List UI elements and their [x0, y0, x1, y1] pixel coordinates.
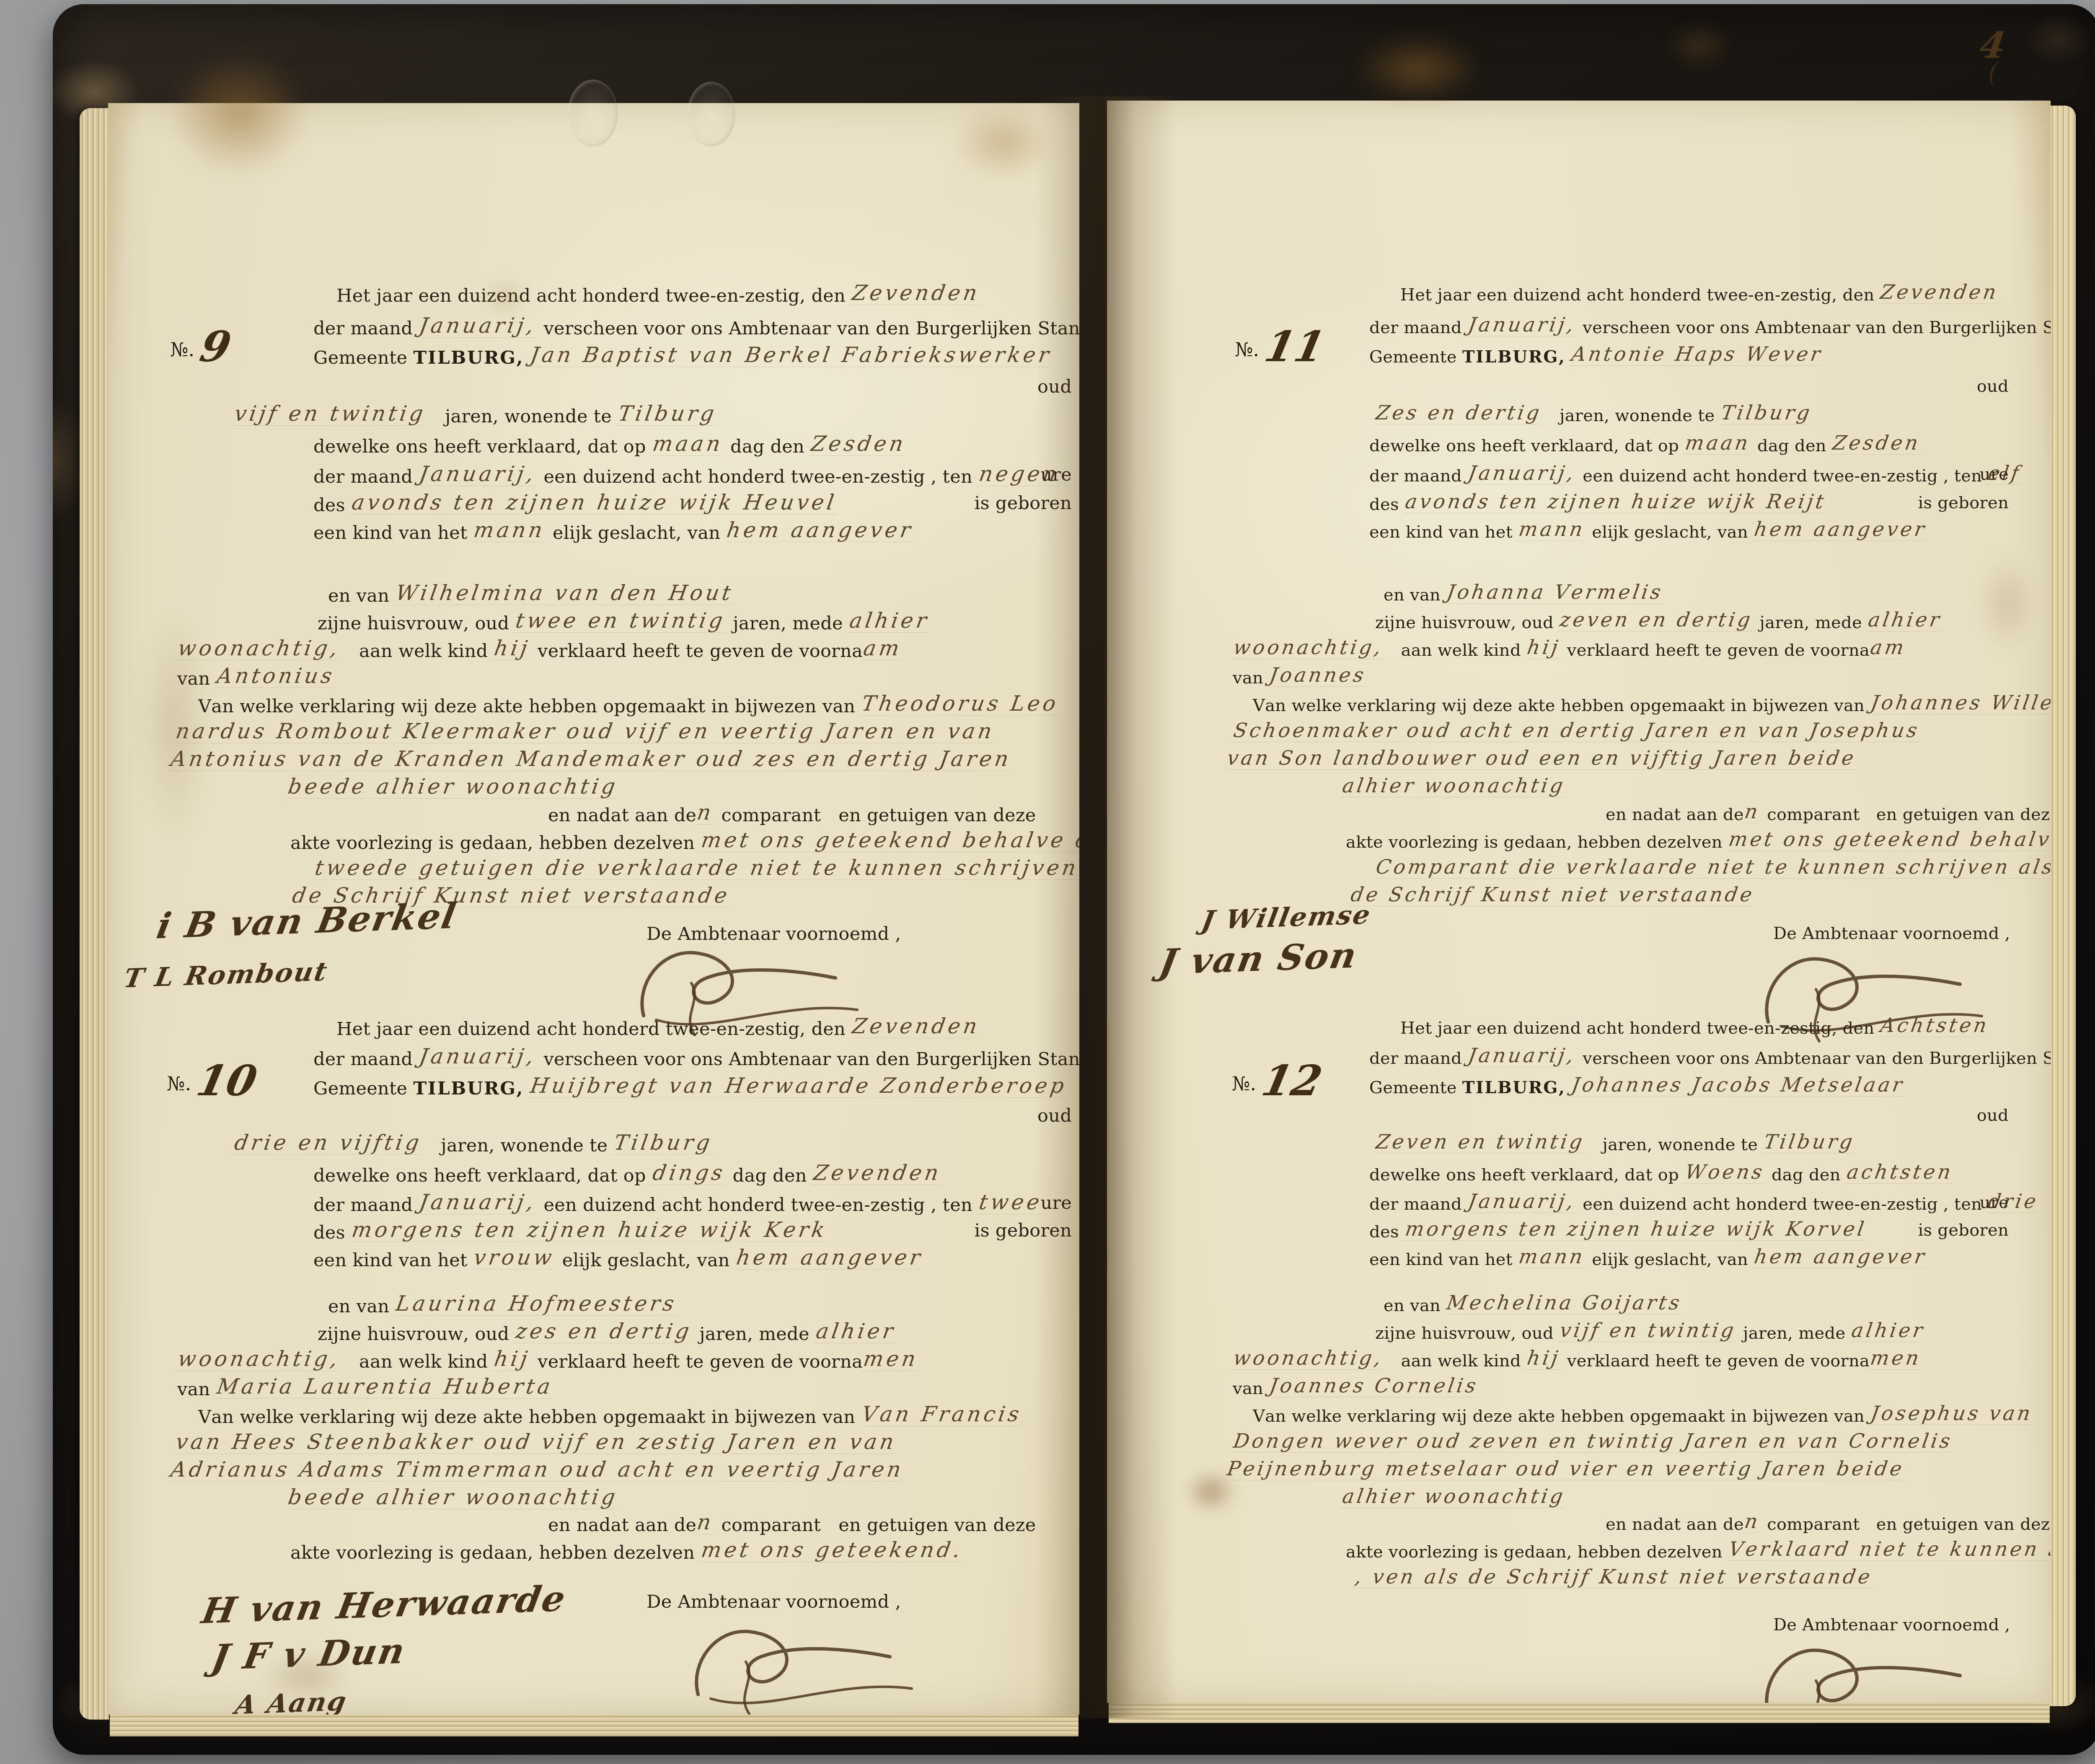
handwritten-text: hij — [492, 638, 533, 660]
printed-text: is geboren — [974, 1220, 1072, 1241]
form-line: akte voorlezing is gedaan, hebben dezelv… — [1346, 1541, 2051, 1562]
form-line: is geboren — [1918, 1221, 2009, 1239]
printed-text: der maand — [1369, 1049, 1467, 1068]
printed-text: dewelke ons heeft verklaard, dat op — [313, 1165, 652, 1186]
printed-text: jaren, wonende te — [423, 1135, 613, 1156]
form-line: Antonius van de Kranden Mandemaker oud z… — [170, 750, 1013, 773]
form-line: een kind van het mann elijk geslacht, va… — [1369, 1249, 1928, 1270]
handwritten-text: am — [1868, 638, 1909, 659]
handwritten-text: Januarij, — [417, 463, 540, 486]
form-line: T L Rombout — [125, 960, 327, 990]
handwritten-text: Zevenden — [850, 282, 983, 305]
printed-text: verscheen voor ons Ambtenaar van den Bur… — [1577, 1049, 2051, 1068]
handwritten-text: Laurina Hofmeesters — [393, 1293, 680, 1316]
handwritten-text: woonachtig, — [1231, 1348, 1386, 1370]
printed-text: des — [313, 495, 351, 516]
printed-text: De Ambtenaar voornoemd , — [1773, 924, 2010, 943]
form-line: oud — [1037, 377, 1072, 397]
handwritten-text: Johanna Vermelis — [1444, 582, 1666, 604]
printed-text: akte voorlezing is gedaan, hebben dezelv… — [290, 1542, 701, 1563]
handwritten-text: Januarij, — [417, 1192, 540, 1214]
form-line — [1756, 1635, 1991, 1703]
printed-text: dewelke ons heeft verklaard, dat op — [1369, 436, 1684, 455]
form-line: №.10 — [167, 1056, 256, 1105]
form-line: en nadat aan den comparant en getuigen v… — [1606, 804, 2051, 825]
printed-text: der maand — [313, 466, 419, 487]
printed-text: en nadat aan de — [1606, 805, 1744, 824]
form-line: der maand Januarij, verscheen voor ons A… — [313, 1048, 1079, 1070]
printed-text: zijne huisvrouw, oud — [1375, 1324, 1559, 1343]
form-line: van Joannes — [1233, 667, 1368, 688]
form-line: oud — [1977, 377, 2009, 396]
printed-text: een kind van het — [313, 522, 473, 543]
form-line: alhier woonachtig — [1342, 1488, 1567, 1510]
form-line: De Ambtenaar voornoemd , — [1773, 924, 2010, 943]
printed-text: der maand — [313, 1195, 419, 1216]
printed-text: dag den — [727, 1165, 813, 1186]
printed-text: comparant en getuigen van deze — [1761, 805, 2051, 824]
form-line: en nadat aan den comparant en getuigen v… — [1606, 1513, 2051, 1535]
form-line: beede alhier woonachtig — [287, 778, 619, 800]
form-line: Gemeente TILBURG, Antonie Haps Wever — [1369, 346, 1824, 367]
printed-text: en nadat aan de — [548, 805, 696, 826]
handwritten-text: Maria Laurentia Huberta — [214, 1376, 556, 1399]
handwritten-text: Johannes Willemse — [1868, 693, 2051, 714]
printed-text: verklaard heeft te geven de voorna — [532, 641, 863, 662]
record-number: 10 — [193, 1056, 261, 1105]
printed-text: der maand — [313, 1049, 419, 1070]
form-line: der maand Januarij, een duizend acht hon… — [313, 1193, 1044, 1216]
printed-text: aan welk kind — [341, 1351, 494, 1372]
handwritten-text: maan — [650, 433, 726, 456]
printed-text: comparant en getuigen van deze — [716, 805, 1036, 826]
form-line: is geboren — [1918, 494, 2009, 512]
handwritten-text: Januarij, — [1466, 1046, 1579, 1067]
handwritten-text: maan — [1683, 433, 1754, 455]
book-page-left: №.9Het jaar een duizend acht honderd twe… — [108, 103, 1079, 1715]
handwritten-text: Adrianus Adams Timmerman oud acht en vee… — [168, 1459, 907, 1482]
form-line: beede alhier woonachtig — [287, 1488, 619, 1511]
record-number-label: №. — [170, 338, 194, 361]
handwritten-text: men — [1868, 1348, 1924, 1370]
form-line: is geboren — [974, 1221, 1072, 1241]
form-line: des morgens ten zijnen huize wijk Korvel — [1369, 1221, 1868, 1242]
printed-text: een duizend acht honderd twee-en-zestig … — [1577, 1195, 1987, 1214]
handwritten-text: twee — [977, 1192, 1046, 1214]
printed-text: oud — [1977, 377, 2009, 396]
handwritten-text: Josephus van — [1868, 1404, 2036, 1425]
printed-text: een kind van het — [1369, 1250, 1518, 1269]
handwritten-text: met ons geteekend. — [699, 1539, 966, 1562]
handwritten-text: Jan Baptist van Berkel Fabriekswerker — [528, 344, 1055, 367]
form-line: en van Laurina Hofmeesters — [328, 1295, 678, 1317]
printed-text: Gemeente — [313, 347, 413, 368]
handwritten-text: men — [861, 1348, 922, 1371]
form-line: der maand Januarij, verscheen voor ons A… — [1369, 317, 2051, 338]
form-line: zijne huisvrouw, oud zes en dertig jaren… — [318, 1322, 897, 1345]
form-line: van Son landbouwer oud een en vijftig Ja… — [1226, 750, 1857, 771]
handwritten-text: vijf en twintig — [232, 403, 429, 426]
form-line: des morgens ten zijnen huize wijk Kerk — [313, 1221, 829, 1244]
printed-text: en nadat aan de — [1606, 1515, 1744, 1534]
handwritten-text: Dongen wever oud zeven en twintig Jaren … — [1231, 1431, 1956, 1453]
form-line: woonachtig, aan welk kind hij verklaard … — [1233, 639, 1908, 661]
printed-text: en van — [1384, 585, 1446, 605]
handwritten-text: Zesden — [809, 433, 909, 456]
handwritten-text: morgens ten zijnen huize wijk Korvel — [1403, 1219, 1870, 1241]
printed-text: verklaard heeft te geven de voorna — [1562, 641, 1870, 660]
printed-text: zijne huisvrouw, oud — [1375, 613, 1559, 632]
printed-text: oud — [1977, 1106, 2009, 1125]
record-number-label: №. — [1235, 338, 1259, 361]
printed-text: jaren, wonende te — [1586, 1135, 1764, 1154]
printed-text: ure — [1040, 464, 1072, 485]
form-line: Gemeente TILBURG, Jan Baptist van Berkel… — [313, 346, 1053, 369]
handwritten-text: Antonius van de Kranden Mandemaker oud z… — [168, 748, 1015, 771]
handwritten-text: hij — [492, 1348, 533, 1371]
printed-text: dewelke ons heeft verklaard, dat op — [313, 436, 652, 457]
printed-text: TILBURG, — [1462, 1078, 1566, 1097]
printed-text: jaren, wonende te — [1543, 406, 1720, 425]
form-line: en van Wilhelmina van den Hout — [328, 584, 735, 607]
handwritten-text: Antonie Haps Wever — [1569, 344, 1826, 366]
form-line: een kind van het mann elijk geslacht, va… — [1369, 521, 1928, 543]
handwritten-text: woonachtig, — [176, 638, 344, 660]
record-number-label: №. — [167, 1072, 191, 1095]
handwritten-text: zeven en dertig — [1557, 610, 1756, 631]
form-line: en nadat aan den comparant en getuigen v… — [548, 1513, 1036, 1536]
handwritten-text: nardus Rombout Kleermaker oud vijf en ve… — [173, 721, 998, 743]
handwritten-text: hij — [1525, 1348, 1563, 1370]
signature: J F v Dun — [209, 1630, 409, 1678]
printed-text: een kind van het — [313, 1250, 473, 1271]
printed-text: TILBURG, — [413, 347, 524, 368]
form-line: ure — [1040, 465, 1072, 485]
signature: J Willemse — [1199, 899, 1373, 936]
printed-text: jaren, mede — [727, 613, 848, 634]
printed-text: dag den — [724, 436, 810, 457]
handwritten-text: beede alhier woonachtig — [286, 1487, 621, 1509]
form-line: akte voorlezing is gedaan, hebben dezelv… — [1346, 831, 2051, 853]
printed-text: Van welke verklaring wij deze akte hebbe… — [1253, 696, 1870, 715]
form-line — [686, 1617, 921, 1715]
handwritten-text: Woens — [1683, 1162, 1768, 1184]
printed-text: van — [1233, 668, 1269, 688]
form-line: oud — [1037, 1106, 1072, 1126]
handwritten-text: Zes en dertig — [1373, 403, 1545, 424]
handwritten-text: dings — [650, 1162, 728, 1185]
handwritten-text: mann — [1516, 1247, 1588, 1268]
handwritten-text: Zesden — [1830, 433, 1924, 455]
printed-text: is geboren — [1918, 493, 2009, 512]
handwritten-text: hem aangever — [734, 1247, 926, 1270]
printed-text: der maand — [1369, 1195, 1467, 1214]
printed-text: Van welke verklaring wij deze akte hebbe… — [1253, 1407, 1870, 1426]
printed-text: verscheen voor ons Ambtenaar van den Bur… — [1577, 318, 2051, 337]
printed-text: ure — [1980, 465, 2009, 484]
handwritten-text: Januarij, — [1466, 463, 1579, 485]
handwritten-text: Comparant die verklaarde niet te kunnen … — [1373, 857, 2051, 879]
handwritten-text: Peijnenburg metselaar oud vier en veerti… — [1225, 1459, 1907, 1480]
printed-text: verklaard heeft te geven de voorna — [1562, 1351, 1870, 1371]
handwritten-text: Joannes Cornelis — [1267, 1376, 1482, 1397]
handwritten-text: Mechelina Goijarts — [1444, 1293, 1685, 1314]
handwritten-text: twee en twintig — [513, 610, 729, 633]
handwritten-text: zes en dertig — [513, 1321, 695, 1343]
handwritten-text: Achtsten — [1878, 1016, 1992, 1037]
handwritten-text: Januarij, — [417, 315, 540, 338]
printed-text: des — [1369, 1222, 1404, 1242]
record-number: 12 — [1258, 1056, 1327, 1105]
printed-text: De Ambtenaar voornoemd , — [1773, 1615, 2010, 1635]
form-line: №.9 — [170, 322, 230, 371]
handwritten-text: Tilburg — [1719, 403, 1815, 424]
handwritten-text: n — [1742, 1512, 1763, 1533]
printed-text: der maand — [1369, 318, 1467, 337]
form-line: Gemeente TILBURG, Johannes Jacobs Metsel… — [1369, 1077, 1906, 1098]
handwritten-text: vrouw — [471, 1247, 558, 1270]
form-line: des avonds ten zijnen huize wijk Reijt — [1369, 494, 1828, 515]
printed-text: elijk geslacht, van — [1586, 1250, 1754, 1269]
official-signature-flourish — [1756, 1635, 1991, 1703]
form-line: Van welke verklaring wij deze akte hebbe… — [198, 1405, 1023, 1428]
record-number: 11 — [1261, 322, 1329, 371]
form-line: dewelke ons heeft verklaard, dat op maan… — [1369, 435, 1922, 456]
printed-text: dag den — [1766, 1165, 1846, 1185]
printed-text: oud — [1037, 1105, 1072, 1126]
form-line: dewelke ons heeft verklaard, dat op maan… — [313, 435, 908, 458]
printed-text: Gemeente — [1369, 1078, 1462, 1097]
printed-text: Het jaar een duizend acht honderd twee-e… — [336, 1019, 851, 1040]
handwritten-text: alhier — [1849, 1321, 1928, 1342]
form-line: der maand Januarij, verscheen voor ons A… — [1369, 1048, 2051, 1069]
form-line: ure — [1980, 1193, 2009, 1212]
printed-text: aan welk kind — [1385, 1351, 1526, 1371]
printed-text: een duizend acht honderd twee-en-zestig … — [538, 1195, 978, 1216]
printed-text: en nadat aan de — [548, 1515, 696, 1536]
handwritten-text: alhier — [813, 1321, 899, 1343]
form-line: oud — [1977, 1106, 2009, 1125]
handwritten-text: met ons geteekend behalve den — [1726, 830, 2051, 851]
handwritten-text: de Schrijf Kunst niet verstaande — [1348, 885, 1758, 906]
handwritten-text: Theodorus Leo — [859, 693, 1062, 716]
form-line: van Antonius — [177, 667, 336, 690]
form-line: nardus Rombout Kleermaker oud vijf en ve… — [175, 722, 996, 745]
handwritten-text: beede alhier woonachtig — [286, 776, 621, 799]
form-line: , ven als de Schrijf Kunst niet verstaan… — [1354, 1569, 1874, 1590]
form-line: De Ambtenaar voornoemd , — [1773, 1616, 2010, 1634]
form-line: Van welke verklaring wij deze akte hebbe… — [198, 695, 1060, 717]
document-photo: №.9Het jaar een duizend acht honderd twe… — [0, 0, 2095, 1764]
form-line: is geboren — [974, 494, 1072, 513]
form-line: Zeven en twintig jaren, wonende te Tilbu… — [1375, 1134, 1856, 1155]
printed-text: elijk geslacht, van — [1586, 522, 1754, 542]
form-line: De Ambtenaar voornoemd , — [647, 1592, 901, 1612]
printed-text: Het jaar een duizend acht honderd twee-e… — [336, 285, 851, 306]
form-line: i B van Berkel — [158, 900, 455, 941]
form-line: dewelke ons heeft verklaard, dat op ding… — [313, 1164, 943, 1187]
printed-text: Van welke verklaring wij deze akte hebbe… — [198, 696, 861, 717]
handwritten-text: van Hees Steenbakker oud vijf en zestig … — [173, 1431, 900, 1454]
form-line: Het jaar een duizend acht honderd twee-e… — [336, 284, 981, 307]
printed-text: der maand — [1369, 466, 1467, 486]
signature: i B van Berkel — [154, 895, 460, 947]
form-line: der maand Januarij, verscheen voor ons A… — [313, 317, 1079, 339]
form-line: Zes en dertig jaren, wonende te Tilburg — [1375, 405, 1813, 426]
handwritten-text: Tilburg — [616, 403, 720, 426]
printed-text: De Ambtenaar voornoemd , — [647, 1591, 901, 1612]
printed-text: verscheen voor ons Ambtenaar van den Bur… — [538, 318, 1080, 339]
printed-text: Het jaar een duizend acht honderd twee-e… — [1400, 285, 1880, 305]
form-line: woonachtig, aan welk kind hij verklaard … — [1233, 1350, 1923, 1371]
signature: T L Rombout — [122, 956, 331, 994]
handwritten-text: alhier — [847, 610, 932, 633]
form-line: Van welke verklaring wij deze akte hebbe… — [1253, 695, 2051, 716]
printed-text: Het jaar een duizend acht honderd twee-e… — [1400, 1019, 1880, 1038]
form-line: tweede getuigen die verklaarde niet te k… — [314, 859, 1079, 882]
printed-text: des — [313, 1222, 351, 1243]
handwritten-text: tweede getuigen die verklaarde niet te k… — [313, 857, 1079, 880]
printed-text: TILBURG, — [413, 1078, 524, 1099]
form-line: J F v Dun — [213, 1633, 405, 1675]
record-number-label: №. — [1232, 1072, 1256, 1095]
printed-text: aan welk kind — [341, 641, 494, 662]
form-line: Van welke verklaring wij deze akte hebbe… — [1253, 1405, 2034, 1427]
form-line: ure — [1040, 1193, 1072, 1213]
printed-text: akte voorlezing is gedaan, hebben dezelv… — [1346, 1542, 1728, 1562]
form-line: en van Johanna Vermelis — [1384, 584, 1665, 605]
form-line: Gemeente TILBURG, Huijbregt van Herwaard… — [313, 1077, 1068, 1099]
handwritten-text: mann — [1516, 520, 1588, 541]
handwritten-text: Van Francis — [859, 1404, 1025, 1426]
handwritten-text: vijf en twintig — [1557, 1321, 1739, 1342]
signature: A Aang — [233, 1686, 350, 1715]
form-line: akte voorlezing is gedaan, hebben dezelv… — [290, 831, 1079, 854]
handwritten-text: n — [1742, 802, 1763, 823]
printed-text: jaren, mede — [1754, 613, 1867, 632]
handwritten-text: Huijbregt van Herwaarde Zonderberoep — [528, 1075, 1070, 1098]
handwritten-text: Zevenden — [1878, 282, 2002, 304]
form-line: der maand Januarij, een duizend acht hon… — [1369, 465, 2023, 486]
printed-text: jaren, wonende te — [427, 406, 618, 427]
printed-text: van — [177, 1379, 216, 1400]
handwritten-text: woonachtig, — [176, 1348, 344, 1371]
handwritten-text: van Son landbouwer oud een en vijftig Ja… — [1225, 748, 1859, 770]
handwritten-text: Tilburg — [1761, 1132, 1858, 1154]
printed-text: elijk geslacht, van — [556, 1250, 736, 1271]
form-line: van Joannes Cornelis — [1233, 1378, 1480, 1399]
handwritten-text: hem aangever — [1752, 1247, 1930, 1268]
printed-text: en van — [1384, 1296, 1446, 1315]
form-line: A Aang — [236, 1688, 347, 1715]
official-signature-flourish — [686, 1617, 921, 1715]
form-line: een kind van het vrouw elijk geslacht, v… — [313, 1249, 924, 1271]
form-line: Peijnenburg metselaar oud vier en veerti… — [1226, 1461, 1906, 1482]
form-line: J Willemse — [1203, 902, 1371, 933]
handwritten-text: Joannes — [1267, 665, 1369, 687]
printed-text: TILBURG, — [1462, 347, 1566, 367]
printed-text: Gemeente — [1369, 347, 1462, 367]
handwritten-text: Schoenmaker oud acht en dertig Jaren en … — [1231, 721, 1923, 742]
printed-text: oud — [1037, 376, 1072, 397]
form-line: ure — [1980, 465, 2009, 484]
printed-text: ure — [1040, 1192, 1072, 1213]
form-line: Het jaar een duizend acht honderd twee-e… — [1400, 284, 2000, 305]
handwritten-text: met ons geteekend behalve den — [699, 830, 1079, 852]
form-line: der maand Januarij, een duizend acht hon… — [1369, 1193, 2040, 1215]
printed-text: der maand — [313, 318, 419, 339]
form-line: des avonds ten zijnen huize wijk Heuvel — [313, 494, 838, 516]
handwritten-text: Verklaard niet te kunnen Schrij — [1726, 1539, 2051, 1561]
handwritten-text: mann — [471, 520, 548, 542]
handwritten-text: Antonius — [214, 665, 338, 688]
printed-text: van — [1233, 1379, 1269, 1398]
printed-text: verscheen voor ons Ambtenaar van den Bur… — [538, 1049, 1080, 1070]
form-line: Comparant die verklaarde niet te kunnen … — [1375, 859, 2051, 880]
form-line: vijf en twintig jaren, wonende te Tilbur… — [234, 405, 718, 427]
printed-text: dag den — [1752, 436, 1832, 455]
book-page-right: №.11Het jaar een duizend acht honderd tw… — [1107, 101, 2051, 1703]
form-line: Dongen wever oud zeven en twintig Jaren … — [1233, 1433, 1954, 1454]
form-line: zijne huisvrouw, oud zeven en dertig jar… — [1375, 612, 1943, 633]
form-line: drie en vijftig jaren, wonende te Tilbur… — [234, 1134, 714, 1156]
form-line: en van Mechelina Goijarts — [1384, 1295, 1684, 1316]
form-line: Het jaar een duizend acht honderd twee-e… — [1400, 1017, 1991, 1039]
form-line: woonachtig, aan welk kind hij verklaard … — [177, 1350, 920, 1373]
printed-text: akte voorlezing is gedaan, hebben dezelv… — [290, 833, 701, 854]
printed-text: ure — [1980, 1193, 2009, 1212]
signature: H van Herwaarde — [199, 1578, 569, 1632]
handwritten-text: Januarij, — [1466, 315, 1579, 336]
printed-text: verklaard heeft te geven de voorna — [532, 1351, 863, 1372]
handwritten-text: alhier woonachtig — [1340, 1487, 1568, 1508]
form-line: dewelke ons heeft verklaard, dat op Woen… — [1369, 1164, 1954, 1185]
printed-text: jaren, mede — [693, 1324, 815, 1345]
handwritten-text: hij — [1525, 638, 1563, 659]
printed-text: van — [177, 668, 216, 689]
printed-text: aan welk kind — [1385, 641, 1526, 660]
printed-text: jaren, mede — [1738, 1324, 1851, 1343]
handwritten-text: n — [695, 1512, 717, 1534]
handwritten-text: Tilburg — [612, 1132, 716, 1155]
handwritten-text: Januarij, — [417, 1046, 540, 1068]
handwritten-text: woonachtig, — [1231, 638, 1386, 659]
printed-text: en van — [328, 585, 395, 606]
handwritten-text: Zeven en twintig — [1373, 1132, 1588, 1154]
handwritten-text: Zevenden — [850, 1016, 983, 1038]
printed-text: is geboren — [1918, 1221, 2009, 1240]
handwritten-text: alhier — [1866, 610, 1945, 631]
handwritten-text: n — [695, 802, 717, 825]
form-line: №.12 — [1232, 1056, 1321, 1105]
printed-text: comparant en getuigen van deze — [1761, 1515, 2051, 1534]
handwritten-text: hem aangever — [724, 520, 917, 542]
printed-text: des — [1369, 495, 1404, 514]
form-line: woonachtig, aan welk kind hij verklaard … — [177, 639, 903, 662]
printed-text: elijk geslacht, van — [547, 522, 726, 543]
form-line: van Maria Laurentia Huberta — [177, 1378, 554, 1400]
printed-text: is geboren — [974, 493, 1072, 514]
handwritten-text: Januarij, — [1466, 1192, 1579, 1213]
handwritten-text: Johannes Jacobs Metselaar — [1569, 1075, 1908, 1097]
form-line: zijne huisvrouw, oud twee en twintig jar… — [318, 612, 931, 634]
printed-text: dewelke ons heeft verklaard, dat op — [1369, 1165, 1684, 1185]
form-line: de Schrijf Kunst niet verstaande — [1350, 887, 1756, 908]
printed-text: en van — [328, 1296, 395, 1317]
handwritten-text: , ven als de Schrijf Kunst niet verstaan… — [1353, 1567, 1875, 1588]
printed-text: Van welke verklaring wij deze akte hebbe… — [198, 1407, 861, 1428]
form-line: zijne huisvrouw, oud vijf en twintig jar… — [1375, 1322, 1927, 1344]
